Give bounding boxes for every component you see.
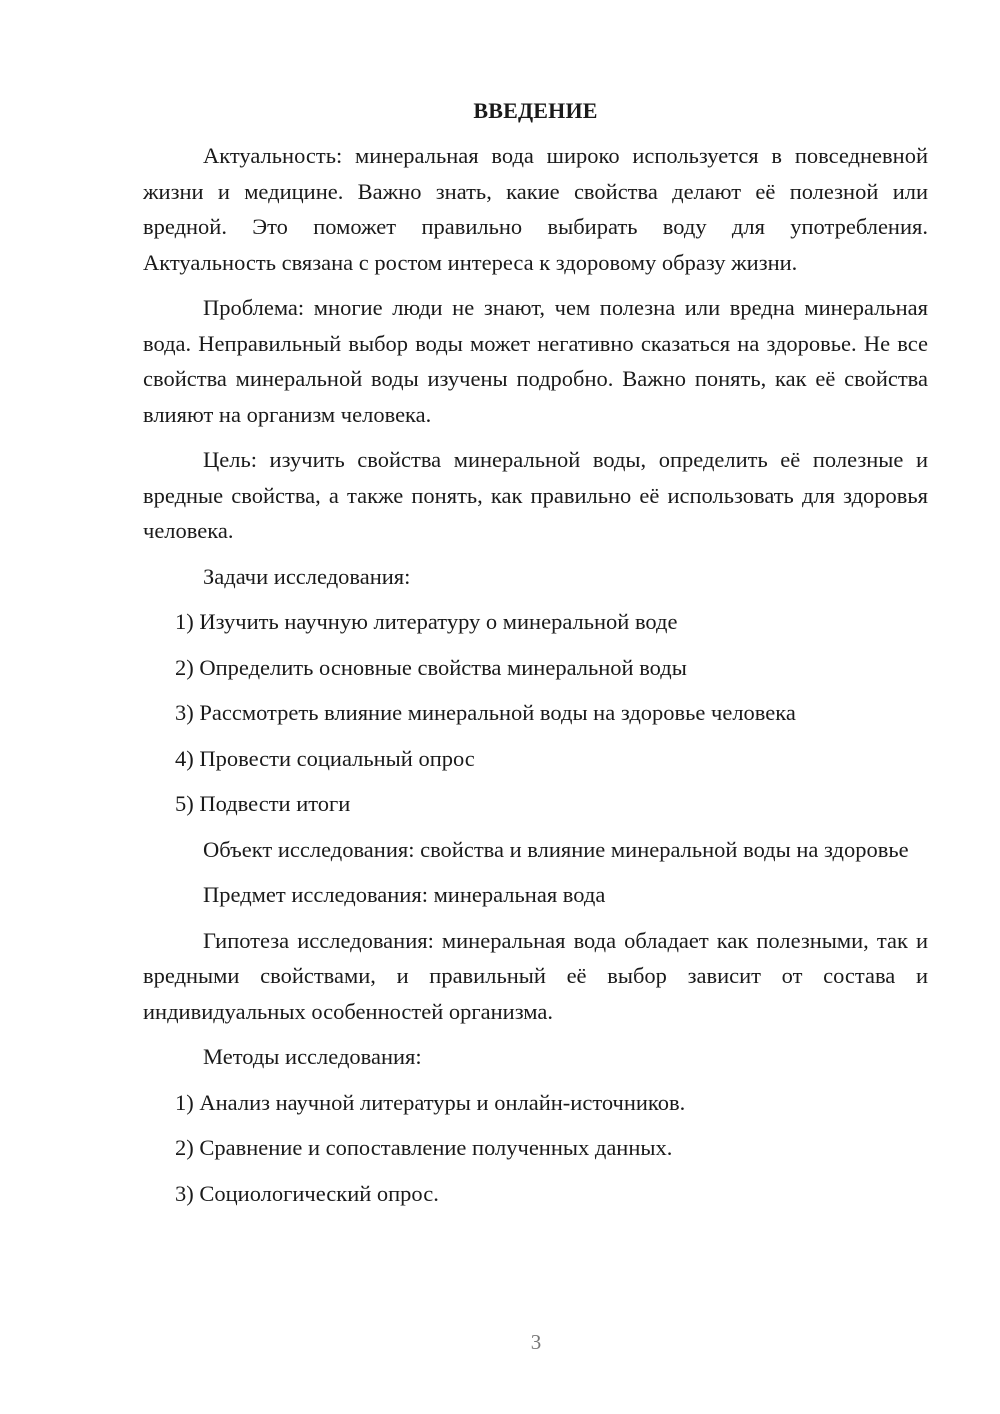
document-page: ВВЕДЕНИЕ Актуальность: минеральная вода … [0,0,1000,1414]
method-item: 2) Сравнение и сопоставление полученных … [143,1130,928,1166]
page-content: ВВЕДЕНИЕ Актуальность: минеральная вода … [143,93,928,1221]
tasks-heading: Задачи исследования: [143,559,928,595]
hypothesis-paragraph: Гипотеза исследования: минеральная вода … [143,923,928,1030]
methods-list: 1) Анализ научной литературы и онлайн-ис… [143,1085,928,1212]
task-item: 2) Определить основные свойства минераль… [143,650,928,686]
object-paragraph: Объект исследования: свойства и влияние … [143,832,928,868]
task-item: 3) Рассмотреть влияние минеральной воды … [143,695,928,731]
section-title: ВВЕДЕНИЕ [143,93,928,128]
method-item: 1) Анализ научной литературы и онлайн-ис… [143,1085,928,1121]
problem-paragraph: Проблема: многие люди не знают, чем поле… [143,290,928,432]
task-item: 5) Подвести итоги [143,786,928,822]
relevance-paragraph: Актуальность: минеральная вода широко ис… [143,138,928,280]
tasks-list: 1) Изучить научную литературу о минераль… [143,604,928,822]
goal-paragraph: Цель: изучить свойства минеральной воды,… [143,442,928,549]
subject-paragraph: Предмет исследования: минеральная вода [143,877,928,913]
method-item: 3) Социологический опрос. [143,1176,928,1212]
task-item: 4) Провести социальный опрос [143,741,928,777]
task-item: 1) Изучить научную литературу о минераль… [143,604,928,640]
page-number: 3 [0,1330,1000,1355]
methods-heading: Методы исследования: [143,1039,928,1075]
